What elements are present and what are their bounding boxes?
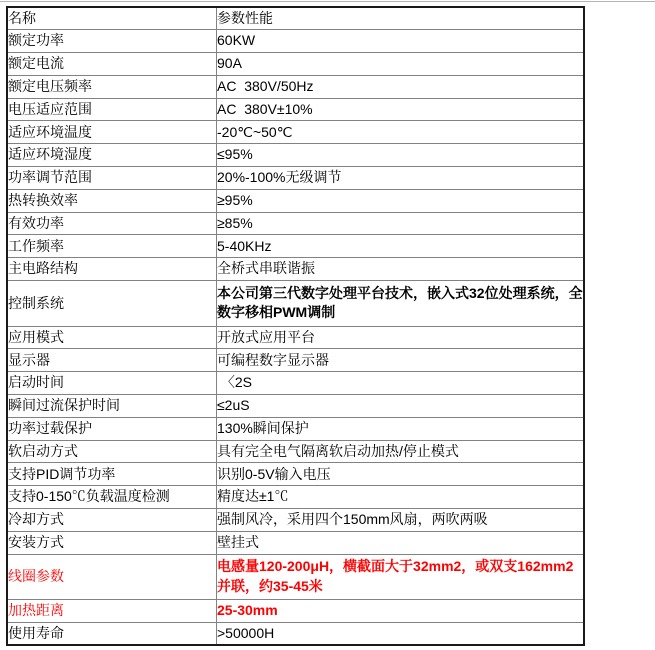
table-row: 适应环境温度 -20℃~50℃ bbox=[7, 121, 584, 144]
spec-value-cell: 参数性能 bbox=[217, 7, 585, 30]
top-divider-line bbox=[0, 1, 655, 2]
spec-name-cell: 功率过载保护 bbox=[7, 417, 217, 440]
spec-name-cell: 支持PID调节功率 bbox=[7, 463, 217, 486]
spec-name-cell: 控制系统 bbox=[7, 281, 217, 327]
spec-name-cell: 支持0-150℃负载温度检测 bbox=[7, 486, 217, 509]
spec-name-cell: 冷却方式 bbox=[7, 509, 217, 532]
table-row: 功率调节范围 20%-100%无级调节 bbox=[7, 167, 584, 190]
spec-value-cell: ≤95% bbox=[217, 144, 585, 167]
spec-name-cell: 适应环境湿度 bbox=[7, 144, 217, 167]
spec-value-cell: 〈2S bbox=[217, 372, 585, 395]
spec-name-cell: 功率调节范围 bbox=[7, 167, 217, 190]
table-row: 额定功率 60KW bbox=[7, 30, 584, 53]
table-row: 支持PID调节功率 识别0-5V输入电压 bbox=[7, 463, 584, 486]
spec-value-cell: ≤2uS bbox=[217, 395, 585, 418]
table-row: 主电路结构 全桥式串联谐振 bbox=[7, 258, 584, 281]
table-row: 使用寿命 >50000H bbox=[7, 623, 584, 646]
spec-value-cell: 精度达±1℃ bbox=[217, 486, 585, 509]
spec-table: 名称 参数性能 额定功率 60KW 额定电流 90A 额定电压频率 AC 380… bbox=[6, 6, 585, 646]
spec-name-cell: 有效功率 bbox=[7, 212, 217, 235]
spec-name-cell: 加热距离 bbox=[7, 600, 217, 623]
table-row: 工作频率 5-40KHz bbox=[7, 235, 584, 258]
table-header-row: 名称 参数性能 bbox=[7, 7, 584, 30]
table-row: 电压适应范围 AC 380V±10% bbox=[7, 98, 584, 121]
spec-value-cell: 强制风冷，采用四个150mm风扇，两吹两吸 bbox=[217, 509, 585, 532]
spec-name-cell: 安装方式 bbox=[7, 531, 217, 554]
table-row: 支持0-150℃负载温度检测 精度达±1℃ bbox=[7, 486, 584, 509]
table-row: 额定电流 90A bbox=[7, 53, 584, 76]
spec-value-cell: 5-40KHz bbox=[217, 235, 585, 258]
spec-name-cell: 使用寿命 bbox=[7, 623, 217, 646]
table-row: 冷却方式 强制风冷，采用四个150mm风扇，两吹两吸 bbox=[7, 509, 584, 532]
spec-value-cell: 可编程数字显示器 bbox=[217, 349, 585, 372]
spec-name-cell: 额定电流 bbox=[7, 53, 217, 76]
spec-value-cell: AC 380V/50Hz bbox=[217, 75, 585, 98]
spec-name-cell: 线圈参数 bbox=[7, 554, 217, 600]
spec-value-cell: 20%-100%无级调节 bbox=[217, 167, 585, 190]
table-row: 适应环境湿度 ≤95% bbox=[7, 144, 584, 167]
spec-value-cell: 识别0-5V输入电压 bbox=[217, 463, 585, 486]
table-row: 热转换效率 ≥95% bbox=[7, 189, 584, 212]
spec-name-cell: 热转换效率 bbox=[7, 189, 217, 212]
spec-name-cell: 应用模式 bbox=[7, 326, 217, 349]
spec-value-cell: ≥85% bbox=[217, 212, 585, 235]
spec-value-cell: ≥95% bbox=[217, 189, 585, 212]
spec-name-cell: 主电路结构 bbox=[7, 258, 217, 281]
table-row: 应用模式 开放式应用平台 bbox=[7, 326, 584, 349]
spec-value-cell: -20℃~50℃ bbox=[217, 121, 585, 144]
spec-value-cell: 壁挂式 bbox=[217, 531, 585, 554]
spec-value-cell: 90A bbox=[217, 53, 585, 76]
spec-name-cell: 瞬间过流保护时间 bbox=[7, 395, 217, 418]
spec-value-cell: 电感量120-200μH，横截面大于32mm2，或双支162mm2并联，约35-… bbox=[217, 554, 585, 600]
spec-name-cell: 额定功率 bbox=[7, 30, 217, 53]
table-row: 软启动方式 具有完全电气隔离软启动加热/停止模式 bbox=[7, 440, 584, 463]
spec-value-cell: 130%瞬间保护 bbox=[217, 417, 585, 440]
spec-name-cell: 显示器 bbox=[7, 349, 217, 372]
table-row: 额定电压频率 AC 380V/50Hz bbox=[7, 75, 584, 98]
table-row: 功率过载保护 130%瞬间保护 bbox=[7, 417, 584, 440]
spec-name-cell: 额定电压频率 bbox=[7, 75, 217, 98]
spec-name-cell: 适应环境温度 bbox=[7, 121, 217, 144]
spec-name-cell: 启动时间 bbox=[7, 372, 217, 395]
spec-value-cell: 具有完全电气隔离软启动加热/停止模式 bbox=[217, 440, 585, 463]
spec-value-cell: AC 380V±10% bbox=[217, 98, 585, 121]
spec-value-cell: 全桥式串联谐振 bbox=[217, 258, 585, 281]
spec-value-cell: 本公司第三代数字处理平台技术，嵌入式32位处理系统，全数字移相PWM调制 bbox=[217, 281, 585, 327]
spec-value-cell: >50000H bbox=[217, 623, 585, 646]
spec-value-cell: 25-30mm bbox=[217, 600, 585, 623]
table-row: 显示器 可编程数字显示器 bbox=[7, 349, 584, 372]
spec-name-cell: 电压适应范围 bbox=[7, 98, 217, 121]
table-row-coil-params: 线圈参数 电感量120-200μH，横截面大于32mm2，或双支162mm2并联… bbox=[7, 554, 584, 600]
table-row: 有效功率 ≥85% bbox=[7, 212, 584, 235]
table-row-control-system: 控制系统 本公司第三代数字处理平台技术，嵌入式32位处理系统，全数字移相PWM调… bbox=[7, 281, 584, 327]
table-row: 安装方式 壁挂式 bbox=[7, 531, 584, 554]
spec-name-cell: 工作频率 bbox=[7, 235, 217, 258]
spec-value-cell: 60KW bbox=[217, 30, 585, 53]
table-row: 瞬间过流保护时间 ≤2uS bbox=[7, 395, 584, 418]
table-row: 启动时间 〈2S bbox=[7, 372, 584, 395]
table-row-heating-distance: 加热距离 25-30mm bbox=[7, 600, 584, 623]
spec-value-cell: 开放式应用平台 bbox=[217, 326, 585, 349]
spec-name-cell: 名称 bbox=[7, 7, 217, 30]
spec-name-cell: 软启动方式 bbox=[7, 440, 217, 463]
